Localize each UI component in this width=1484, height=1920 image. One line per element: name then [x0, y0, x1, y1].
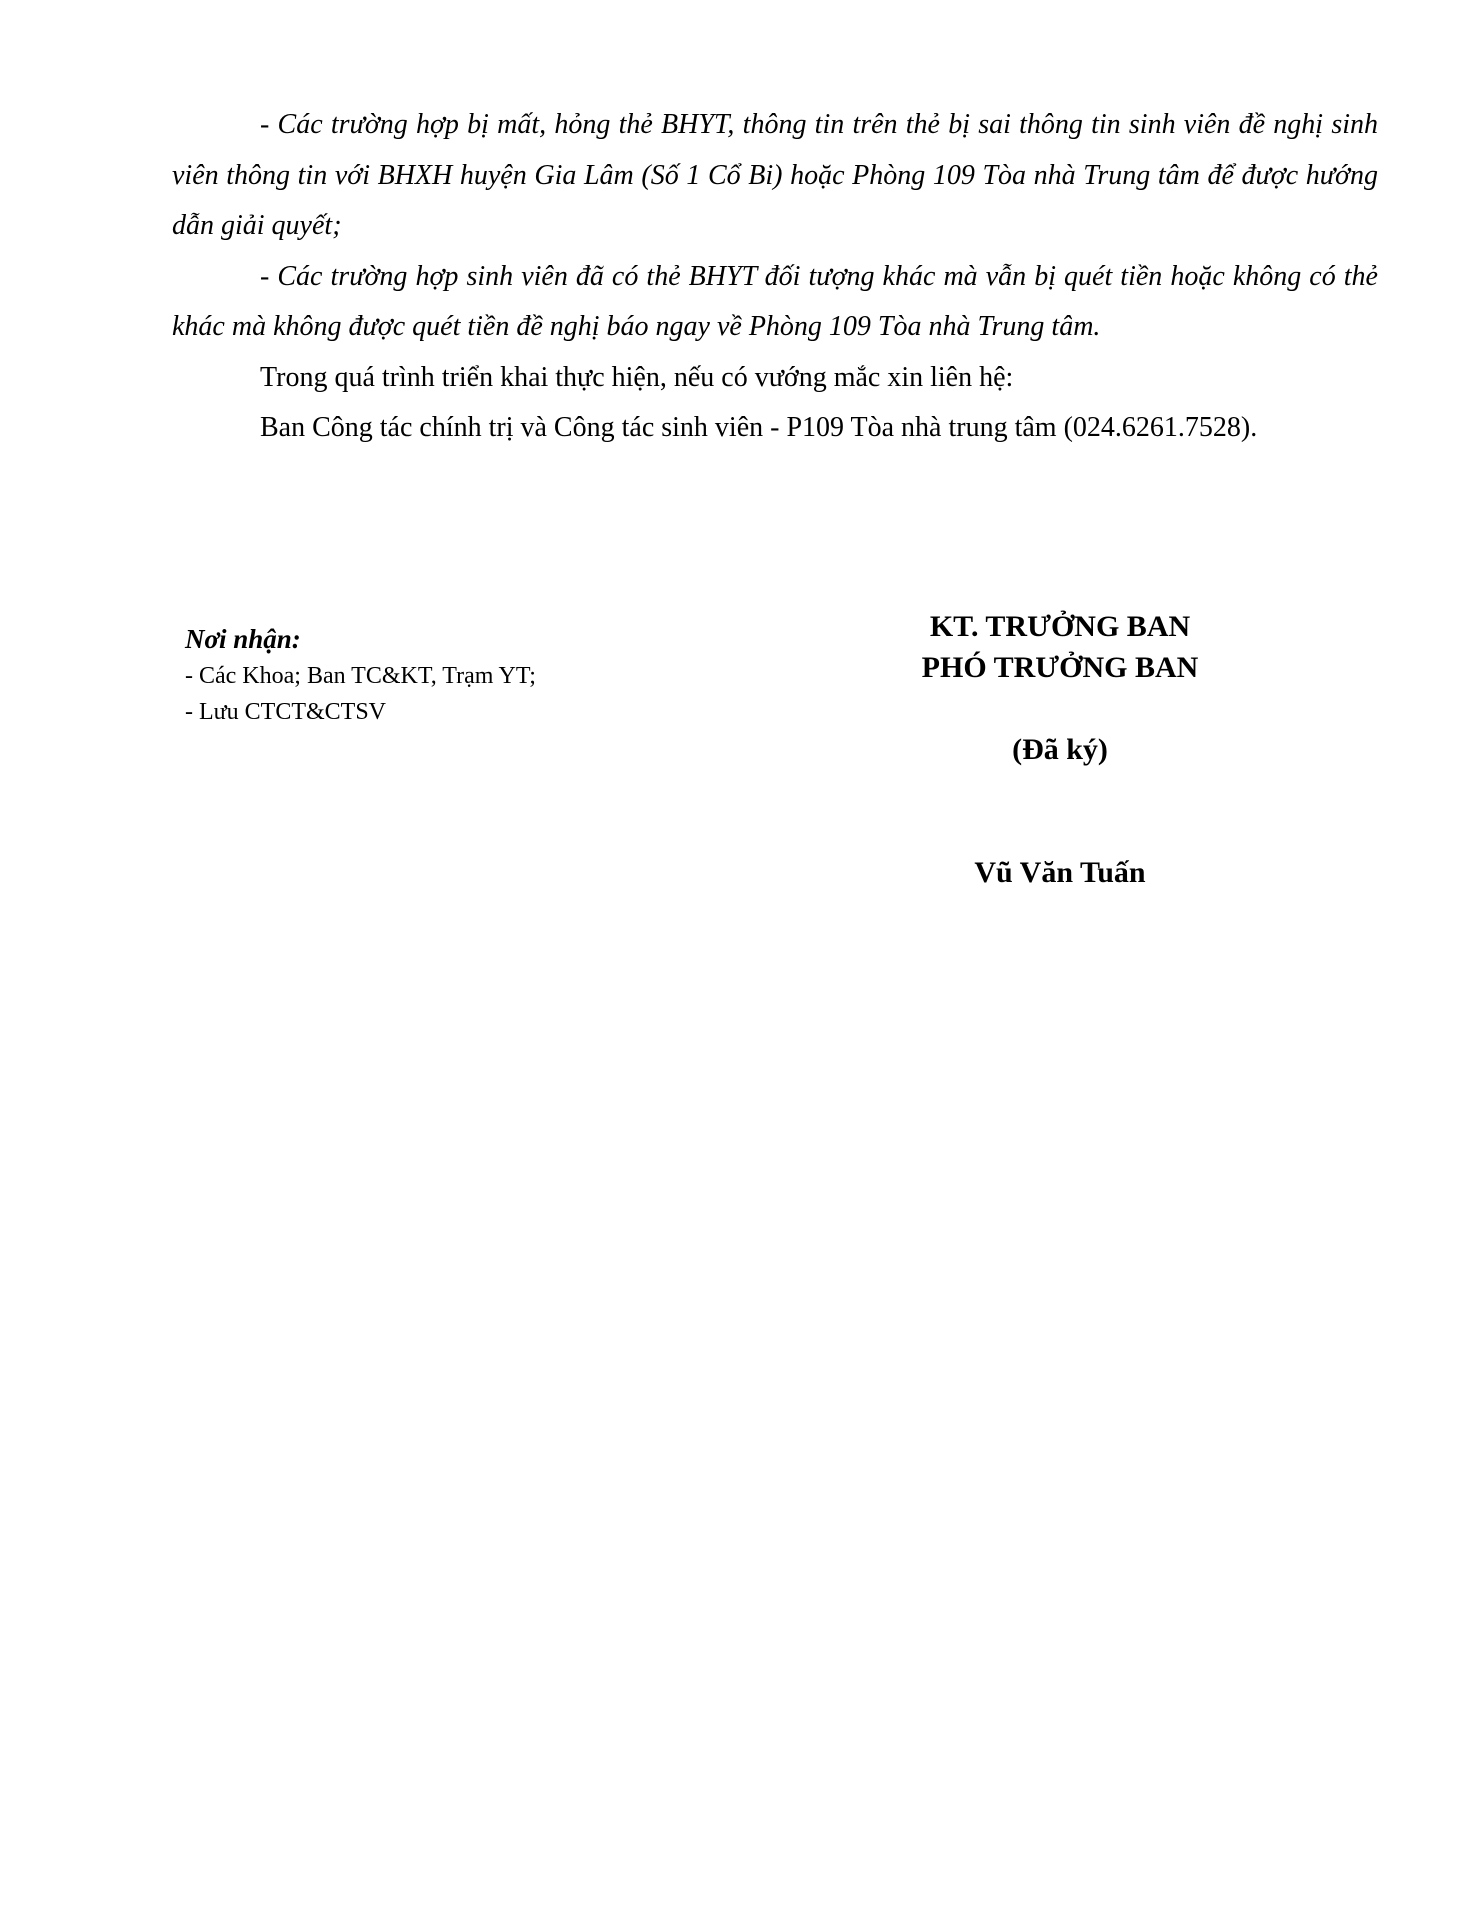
recipient-item: - Các Khoa; Ban TC&KT, Trạm YT; [185, 658, 705, 694]
signature-title-line1: KT. TRƯỞNG BAN [860, 606, 1260, 647]
recipients-heading: Nơi nhận: [185, 620, 705, 658]
recipient-item: - Lưu CTCT&CTSV [185, 694, 705, 730]
signature-title-line2: PHÓ TRƯỞNG BAN [860, 647, 1260, 688]
document-body: - Các trường hợp bị mất, hỏng thẻ BHYT, … [172, 100, 1378, 454]
document-page: - Các trường hợp bị mất, hỏng thẻ BHYT, … [0, 0, 1484, 1920]
signature-block: KT. TRƯỞNG BAN PHÓ TRƯỞNG BAN (Đã ký) Vũ… [860, 606, 1260, 893]
paragraph-lost-card: - Các trường hợp bị mất, hỏng thẻ BHYT, … [172, 100, 1378, 252]
paragraph-contact-info: Ban Công tác chính trị và Công tác sinh … [172, 403, 1378, 454]
signer-name: Vũ Văn Tuấn [860, 853, 1260, 893]
paragraph-duplicate-card: - Các trường hợp sinh viên đã có thẻ BHY… [172, 252, 1378, 353]
paragraph-contact-intro: Trong quá trình triển khai thực hiện, nế… [172, 353, 1378, 404]
recipients-block: Nơi nhận: - Các Khoa; Ban TC&KT, Trạm YT… [185, 620, 705, 730]
signed-note: (Đã ký) [860, 730, 1260, 770]
